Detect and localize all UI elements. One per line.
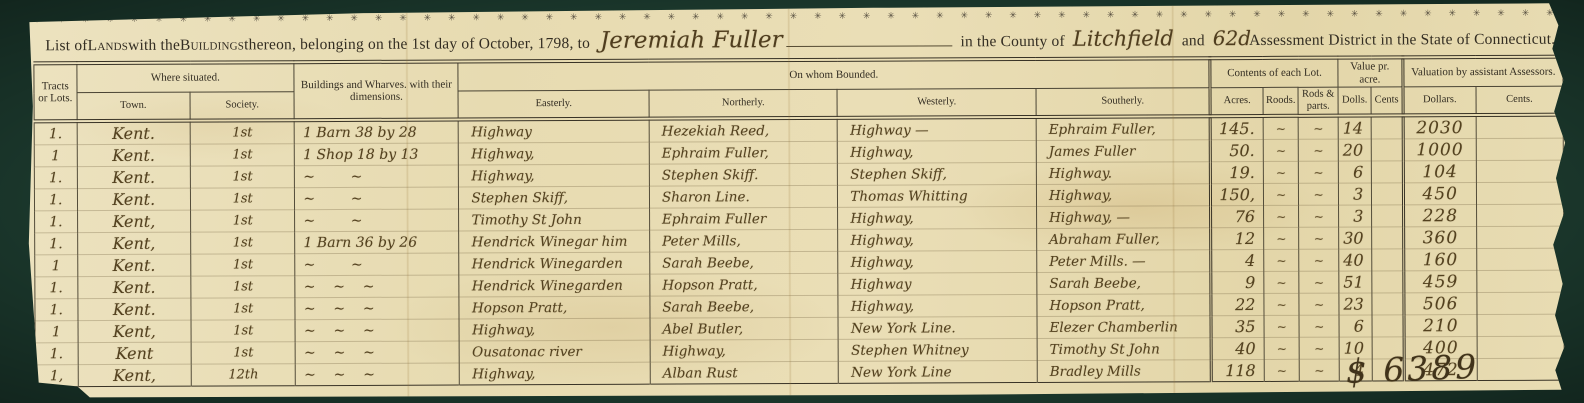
cell-westerly: Highway, — [838, 295, 1037, 318]
cell-easterly: Hopson Pratt, — [459, 297, 650, 320]
cell-tract: 1. — [35, 299, 78, 321]
cell-dollars: 104 — [1403, 161, 1476, 183]
cell-easterly: Hendrick Winegarden — [459, 253, 650, 276]
cell-roods: ~ — [1263, 162, 1299, 184]
cell-roods: ~ — [1264, 338, 1300, 360]
cell-southerly: Elezer Chamberlin — [1037, 316, 1211, 339]
cell-cents2 — [1476, 115, 1563, 139]
cell-town: Kent, — [77, 233, 191, 255]
cell-westerly: Highway, — [838, 251, 1037, 274]
cell-cents2 — [1477, 271, 1564, 293]
cell-cents — [1372, 271, 1404, 293]
cell-southerly: Bradley Mills — [1037, 360, 1211, 383]
cell-southerly: Highway, — — [1037, 206, 1211, 229]
cell-society: 1st — [190, 121, 294, 145]
col-header-easterly: Easterly. — [459, 90, 650, 119]
col-header-roods: Roods. — [1263, 88, 1299, 117]
blank-line — [787, 44, 953, 47]
title-text: List of — [45, 37, 87, 55]
cell-town: Kent, — [77, 211, 191, 233]
cell-buildings: ~ ~ — [295, 165, 459, 188]
cell-dolls: 6 — [1339, 315, 1373, 337]
cell-buildings: 1 Barn 36 by 26 — [295, 231, 459, 254]
cell-acres: 118 — [1211, 360, 1264, 382]
cell-cents2 — [1476, 161, 1563, 183]
cell-cents2 — [1476, 227, 1563, 249]
cell-cents2 — [1476, 249, 1563, 271]
cell-rods: ~ — [1299, 250, 1339, 272]
cell-northerly: Highway, — [650, 340, 839, 363]
cell-dollars: 1000 — [1403, 139, 1476, 161]
cell-westerly: Highway, — [838, 141, 1037, 164]
col-header-buildings: Buildings and Wharves. with their dimens… — [294, 61, 458, 120]
cell-dolls: 23 — [1339, 293, 1373, 315]
cell-roods: ~ — [1264, 272, 1300, 294]
cell-rods: ~ — [1299, 140, 1339, 162]
cell-tract: 1 — [34, 145, 77, 167]
cell-dollars: 459 — [1404, 271, 1477, 293]
cell-rods: ~ — [1300, 360, 1340, 382]
cell-acres: 4 — [1211, 250, 1264, 272]
cell-northerly: Sharon Line. — [649, 186, 838, 209]
cell-roods: ~ — [1263, 206, 1299, 228]
cell-cents2 — [1476, 183, 1563, 205]
cell-cents — [1372, 161, 1404, 183]
col-header-acres: Acres. — [1210, 88, 1263, 117]
cell-easterly: Highway, — [459, 319, 650, 342]
cell-southerly: James Fuller — [1036, 140, 1210, 163]
cell-town: Kent. — [77, 121, 191, 145]
cell-dollars: 160 — [1403, 249, 1476, 271]
col-header-dolls: Dolls. — [1338, 87, 1372, 116]
cell-acres: 22 — [1211, 294, 1264, 316]
cell-acres: 50. — [1211, 140, 1264, 162]
cell-society: 1st — [190, 166, 294, 188]
cell-westerly: Stephen Whitney — [839, 339, 1038, 362]
cell-tract: 1. — [35, 343, 78, 365]
cell-dolls: 20 — [1338, 139, 1372, 161]
cell-society: 1st — [191, 320, 295, 342]
col-header-cents2: Cents. — [1476, 86, 1563, 115]
cell-northerly: Hezekiah Reed, — [649, 118, 838, 142]
cell-roods: ~ — [1263, 140, 1299, 162]
cell-dolls: 14 — [1338, 116, 1372, 140]
cell-tract: 1. — [34, 167, 77, 189]
col-header-rods-parts: Rods & parts. — [1298, 87, 1338, 116]
cell-cents — [1372, 227, 1404, 249]
cell-society: 1st — [191, 342, 295, 364]
cell-southerly: Highway. — [1036, 162, 1210, 185]
cell-cents — [1372, 315, 1404, 337]
cell-cents — [1372, 249, 1404, 271]
cell-tract: 1. — [35, 211, 78, 233]
cell-society: 1st — [191, 276, 295, 298]
district-number: 62d — [1213, 33, 1251, 43]
cell-easterly: Highway, — [459, 143, 650, 166]
cell-southerly: Abraham Fuller, — [1037, 228, 1211, 251]
cell-rods: ~ — [1299, 272, 1339, 294]
cell-cents — [1371, 116, 1403, 140]
col-header-where-situated: Where situated. — [76, 62, 294, 93]
cell-buildings: ~ ~ — [295, 187, 459, 210]
cell-dolls: 3 — [1338, 205, 1372, 227]
col-header-valuation: Valuation by assist­ant Assessors. — [1403, 57, 1563, 87]
cell-dolls: 40 — [1339, 249, 1373, 271]
cell-acres: 40 — [1211, 338, 1264, 360]
cell-southerly: Ephraim Fuller, — [1036, 117, 1210, 141]
table-body: 1.Kent.1st1 Barn 38 by 28HighwayHezekiah… — [34, 115, 1564, 387]
col-header-contents: Contents of each Lot. — [1210, 58, 1338, 88]
col-header-northerly: Northerly. — [649, 90, 838, 119]
cell-northerly: Ephraim Fuller — [649, 208, 838, 231]
cell-rods: ~ — [1299, 228, 1339, 250]
cell-northerly: Sarah Beebe, — [650, 252, 839, 275]
cell-rods: ~ — [1299, 184, 1339, 206]
cell-buildings: ~ ~ — [295, 209, 459, 232]
cell-cents2 — [1477, 315, 1564, 337]
cell-roods: ~ — [1264, 228, 1300, 250]
cell-roods: ~ — [1263, 184, 1299, 206]
cell-cents — [1372, 139, 1404, 161]
cell-easterly: Highway — [459, 119, 650, 143]
cell-easterly: Ousatonac river — [460, 341, 651, 364]
cell-cents2 — [1477, 359, 1564, 381]
col-header-bounded: On whom Bounded. — [458, 58, 1210, 91]
cell-southerly: Sarah Beebe, — [1037, 272, 1211, 295]
col-header-westerly: Westerly. — [837, 89, 1036, 118]
cell-town: Kent. — [77, 145, 191, 167]
owner-name: Jeremiah Fuller — [600, 35, 783, 46]
cell-town: Kent, — [78, 365, 192, 387]
title-and: and — [1182, 32, 1205, 50]
cell-dollars: 506 — [1404, 293, 1477, 315]
cell-southerly: Timothy St John — [1037, 338, 1211, 361]
cell-southerly: Peter Mills. — — [1037, 250, 1211, 273]
cell-dollars: 228 — [1403, 205, 1476, 227]
cell-westerly: Highway — — [838, 117, 1037, 141]
cell-cents — [1372, 183, 1404, 205]
cell-town: Kent, — [78, 321, 192, 343]
cell-cents — [1372, 205, 1404, 227]
cell-acres: 9 — [1211, 272, 1264, 294]
cell-rods: ~ — [1300, 338, 1340, 360]
cell-dolls: 51 — [1339, 271, 1373, 293]
cell-rods: ~ — [1299, 162, 1339, 184]
cell-dolls: 30 — [1339, 227, 1373, 249]
cell-westerly: Highway, — [838, 229, 1037, 252]
cell-westerly: Highway, — [838, 207, 1037, 230]
cell-southerly: Hopson Pratt, — [1037, 294, 1211, 317]
cell-easterly: Hendrick Winegarden — [459, 275, 650, 298]
cell-buildings: ~ ~ ~ — [295, 297, 459, 320]
land-table: Tracts or Lots. Where situated. Building… — [33, 55, 1564, 388]
county-name: Litchfield — [1073, 33, 1174, 43]
cell-northerly: Abel Butler, — [650, 318, 839, 341]
title-text: with the — [128, 37, 180, 55]
cell-easterly: Hendrick Winegar him — [459, 231, 650, 254]
cell-town: Kent. — [77, 255, 191, 277]
cell-northerly: Ephraim Fuller, — [649, 142, 838, 165]
cell-cents2 — [1477, 293, 1564, 315]
cell-town: Kent. — [77, 299, 191, 321]
cell-society: 1st — [191, 298, 295, 320]
cell-buildings: ~ ~ ~ — [295, 275, 459, 298]
cell-easterly: Stephen Skiff, — [459, 187, 650, 210]
cell-acres: 145. — [1210, 116, 1263, 140]
cell-dollars: 360 — [1403, 227, 1476, 249]
col-header-society: Society. — [190, 92, 294, 121]
cell-northerly: Peter Mills, — [650, 230, 839, 253]
cell-roods: ~ — [1264, 316, 1300, 338]
cell-roods: ~ — [1263, 116, 1299, 140]
cell-town: Kent — [78, 343, 192, 365]
cell-town: Kent. — [77, 277, 191, 299]
cell-cents2 — [1476, 205, 1563, 227]
cell-cents2 — [1477, 337, 1564, 359]
col-header-town: Town. — [77, 92, 191, 121]
cell-dollars: 450 — [1403, 183, 1476, 205]
cell-tract: 1 — [35, 321, 78, 343]
cell-cents2 — [1476, 139, 1563, 161]
cell-society: 1st — [191, 232, 295, 254]
cell-buildings: 1 Barn 38 by 28 — [295, 120, 459, 144]
total-valuation: $ 6389 — [1345, 347, 1480, 391]
cell-buildings: ~ ~ ~ — [295, 341, 459, 364]
cell-tract: 1. — [35, 233, 78, 255]
cell-westerly: Stephen Skiff, — [838, 163, 1037, 186]
cell-easterly: Timothy St John — [459, 209, 650, 232]
cell-buildings: ~ ~ ~ — [295, 319, 459, 342]
col-header-dollars: Dollars. — [1403, 87, 1476, 116]
col-header-value: Value pr. acre. — [1338, 57, 1403, 87]
cell-rods: ~ — [1299, 206, 1339, 228]
title-suffix: Assessment District in the State of Conn… — [1249, 31, 1555, 50]
cell-society: 1st — [191, 254, 295, 276]
cell-westerly: New York Line. — [838, 317, 1037, 340]
cell-northerly: Sarah Beebe, — [650, 296, 839, 319]
cell-westerly: Thomas Whitting — [838, 185, 1037, 208]
cell-acres: 19. — [1211, 162, 1264, 184]
cell-easterly: Highway, — [459, 165, 650, 188]
cell-tract: 1. — [34, 189, 77, 211]
cell-northerly: Hopson Pratt, — [650, 274, 839, 297]
cell-roods: ~ — [1264, 294, 1300, 316]
cell-society: 1st — [191, 210, 295, 232]
cell-dolls: 6 — [1338, 161, 1372, 183]
col-header-tracts: Tracts or Lots. — [34, 63, 77, 122]
cell-dolls: 3 — [1338, 183, 1372, 205]
title-buildings: Buildings — [180, 36, 244, 54]
cell-buildings: ~ ~ — [295, 253, 459, 276]
cell-town: Kent. — [77, 167, 191, 189]
cell-tract: 1. — [35, 277, 78, 299]
cell-dollars: 2030 — [1403, 115, 1476, 139]
cell-tract: 1 — [35, 255, 78, 277]
cell-acres: 35 — [1211, 316, 1264, 338]
col-header-cents: Cents — [1371, 87, 1403, 116]
cell-northerly: Stephen Skiff. — [649, 164, 838, 187]
title-lands: Lands — [88, 37, 129, 55]
col-header-southerly: Southerly. — [1036, 88, 1210, 117]
title-text: thereon, belonging on the 1st day of Oct… — [244, 35, 590, 55]
cell-buildings: 1 Shop 18 by 13 — [295, 143, 459, 166]
cell-society: 1st — [190, 188, 294, 210]
cell-society: 12th — [191, 364, 295, 386]
cell-cents — [1372, 293, 1404, 315]
cell-society: 1st — [190, 144, 294, 166]
cell-rods: ~ — [1299, 316, 1339, 338]
cell-westerly: New York Line — [839, 361, 1038, 384]
cell-acres: 76 — [1211, 206, 1264, 228]
cell-rods: ~ — [1299, 294, 1339, 316]
cell-northerly: Alban Rust — [650, 362, 839, 385]
cell-roods: ~ — [1264, 360, 1300, 382]
cell-buildings: ~ ~ ~ — [296, 363, 460, 386]
cell-tract: 1. — [34, 122, 77, 146]
cell-acres: 12 — [1211, 228, 1264, 250]
document-paper: ✳ ✳ ✳ ✳ ✳ ✳ ✳ ✳ ✳ ✳ ✳ ✳ ✳ ✳ ✳ ✳ ✳ ✳ ✳ ✳ … — [23, 2, 1571, 401]
cell-roods: ~ — [1264, 250, 1300, 272]
cell-acres: 150, — [1211, 184, 1264, 206]
cell-westerly: Highway — [838, 273, 1037, 296]
cell-town: Kent. — [77, 189, 191, 211]
cell-easterly: Highway, — [460, 363, 651, 386]
title-county-label: in the County of — [960, 33, 1064, 51]
cell-southerly: Highway, — [1036, 184, 1210, 207]
cell-rods: ~ — [1299, 116, 1339, 140]
cell-dollars: 210 — [1404, 315, 1477, 337]
